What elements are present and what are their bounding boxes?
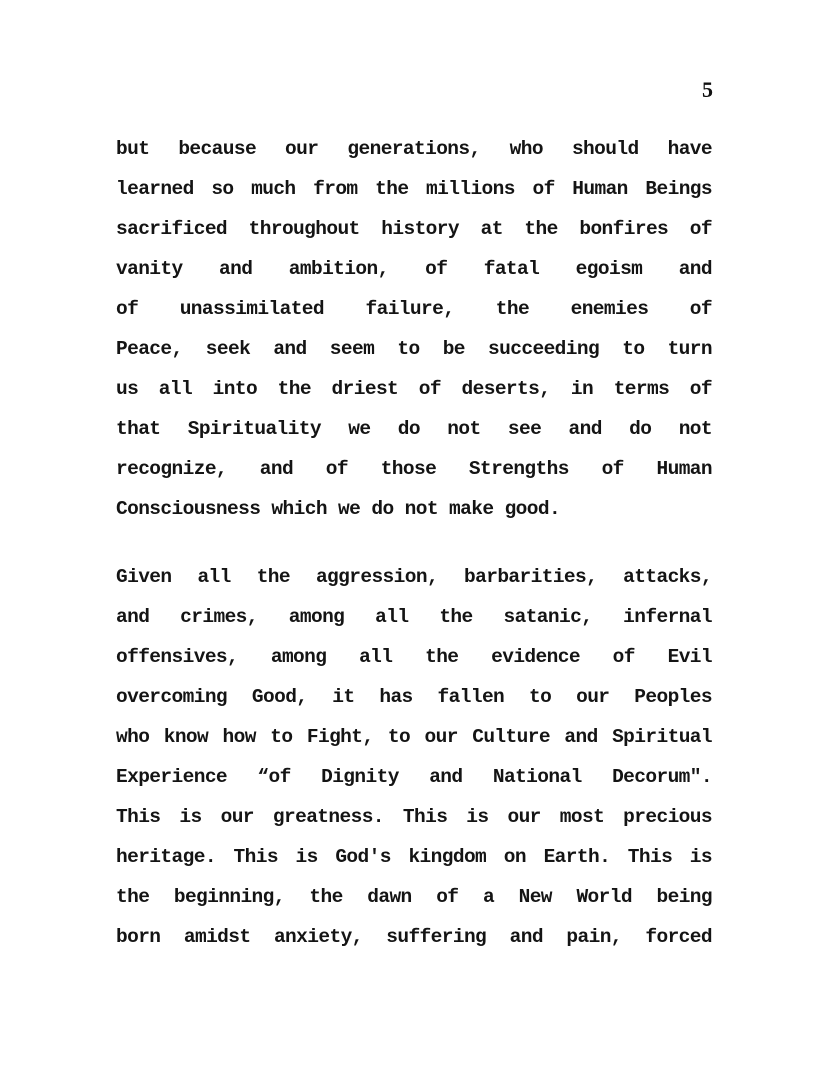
text-line: offensives, among all the evidence of Ev…: [116, 640, 712, 680]
text-line: This is our greatness. This is our most …: [116, 800, 712, 840]
text-line: born amidst anxiety, suffering and pain,…: [116, 920, 712, 960]
text-line: us all into the driest of deserts, in te…: [116, 372, 712, 412]
text-line: heritage. This is God's kingdom on Earth…: [116, 840, 712, 880]
paragraph-2: Given all the aggression, barbarities, a…: [116, 560, 712, 960]
text-line: sacrificed throughout history at the bon…: [116, 212, 712, 252]
text-line: and crimes, among all the satanic, infer…: [116, 600, 712, 640]
text-line: the beginning, the dawn of a New World b…: [116, 880, 712, 920]
text-line: Experience “of Dignity and National Deco…: [116, 760, 712, 800]
text-line: but because our generations, who should …: [116, 132, 712, 172]
text-line: vanity and ambition, of fatal egoism and: [116, 252, 712, 292]
text-line: who know how to Fight, to our Culture an…: [116, 720, 712, 760]
text-line: that Spirituality we do not see and do n…: [116, 412, 712, 452]
text-line: of unassimilated failure, the enemies of: [116, 292, 712, 332]
text-line: Peace, seek and seem to be succeeding to…: [116, 332, 712, 372]
document-page: 5 but because our generations, who shoul…: [0, 0, 825, 1068]
text-line: Given all the aggression, barbarities, a…: [116, 560, 712, 600]
paragraph-1: but because our generations, who should …: [116, 132, 712, 532]
page-number: 5: [702, 76, 713, 104]
text-line: overcoming Good, it has fallen to our Pe…: [116, 680, 712, 720]
text-line: learned so much from the millions of Hum…: [116, 172, 712, 212]
text-line: recognize, and of those Strengths of Hum…: [116, 452, 712, 492]
text-line: Consciousness which we do not make good.: [116, 492, 712, 532]
